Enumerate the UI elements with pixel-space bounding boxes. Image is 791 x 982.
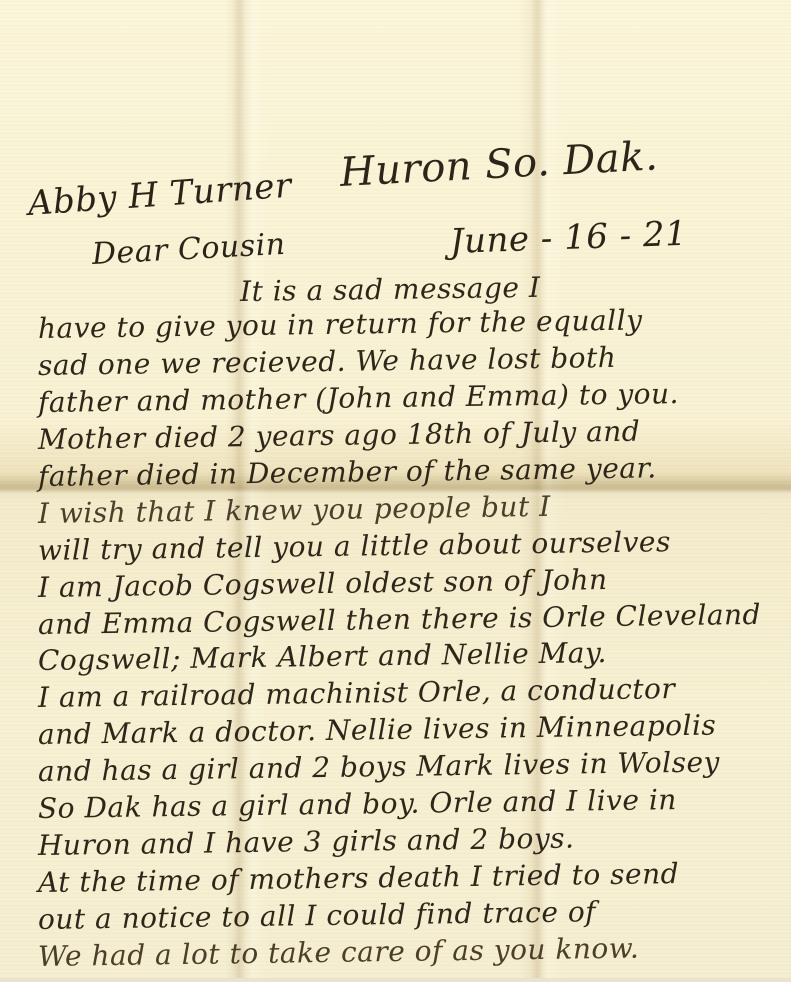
body-line: and Mark a doctor. Nellie lives in Minne… <box>38 709 717 751</box>
page-bottom-edge <box>0 978 791 982</box>
letter-date: June - 16 - 21 <box>449 214 688 262</box>
body-line: We had a lot to take care of as you know… <box>38 932 640 973</box>
body-line: So Dak has a girl and boy. Orle and I li… <box>38 783 677 825</box>
body-line: out a notice to all I could find trace o… <box>38 895 597 936</box>
body-line: I wish that I knew you people but I <box>38 489 551 529</box>
body-line: Mother died 2 years ago 18th of July and <box>38 414 641 455</box>
body-line: and Emma Cogswell then there is Orle Cle… <box>38 597 761 640</box>
body-line: At the time of mothers death I tried to … <box>38 857 680 899</box>
body-line: It is a sad message I <box>240 271 541 308</box>
body-line: have to give you in return for the equal… <box>38 303 643 344</box>
letter-place: Huron So. Dak. <box>339 133 659 196</box>
body-line: and has a girl and 2 boys Mark lives in … <box>38 746 720 789</box>
body-line: Cogswell; Mark Albert and Nellie May. <box>38 636 607 677</box>
body-line: will try and tell you a little about our… <box>38 525 671 567</box>
letter-page: Huron So. Dak. June - 16 - 21 Abby H Tur… <box>0 0 791 982</box>
letter-salutation: Dear Cousin <box>91 227 286 272</box>
body-line: Huron and I have 3 girls and 2 boys. <box>38 822 575 862</box>
body-line: I am Jacob Cogswell oldest son of John <box>38 563 608 604</box>
letter-recipient: Abby H Turner <box>27 166 293 224</box>
body-line: I am a railroad machinist Orle, a conduc… <box>38 672 676 714</box>
body-line: father and mother (John and Emma) to you… <box>38 377 679 419</box>
